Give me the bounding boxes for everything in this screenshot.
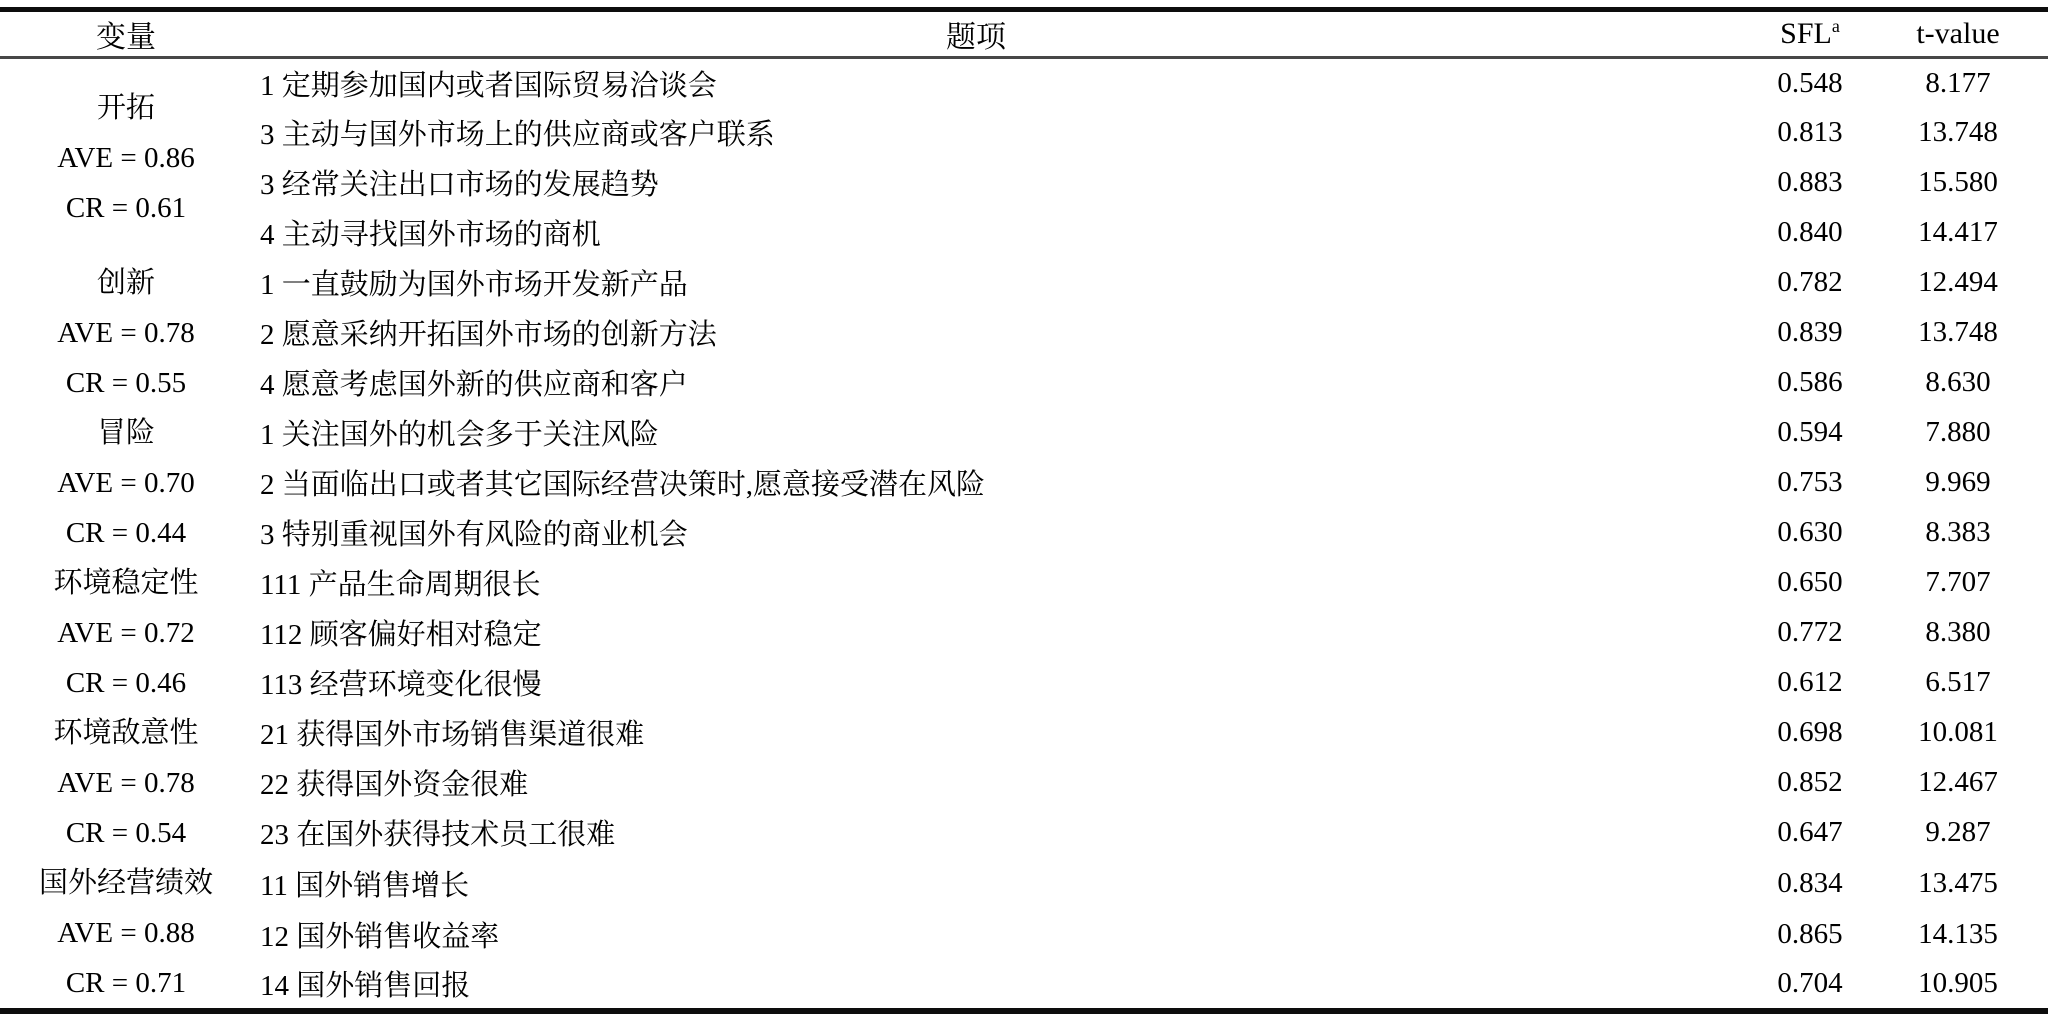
table-row: 开拓 AVE = 0.86 CR = 0.61 1 定期参加国内或者国际贸易洽谈…: [0, 58, 2048, 108]
table-row: 冒险 AVE = 0.70 CR = 0.44 1 关注国外的机会多于关注风险 …: [0, 408, 2048, 458]
sfl-value: 0.782: [1700, 258, 1890, 308]
item-text: 11 国外销售增长: [252, 858, 1700, 909]
variable-name: 冒险: [0, 408, 252, 458]
variable-ave: AVE = 0.86: [0, 133, 252, 183]
sfl-value: 0.840: [1700, 208, 1890, 258]
item-text: 12 国外销售收益率: [252, 909, 1700, 960]
table-row: 12 国外销售收益率 0.865 14.135: [0, 909, 2048, 960]
t-value: 8.383: [1890, 508, 2048, 558]
table-row: 113 经营环境变化很慢 0.612 6.517: [0, 658, 2048, 708]
variable-cell-kaituo: 开拓 AVE = 0.86 CR = 0.61: [0, 58, 252, 258]
variable-ave: AVE = 0.70: [0, 458, 252, 508]
table-row: 2 当面临出口或者其它国际经营决策时,愿意接受潜在风险 0.753 9.969: [0, 458, 2048, 508]
t-value: 13.475: [1890, 858, 2048, 909]
variable-name: 国外经营绩效: [0, 858, 252, 908]
item-text: 4 愿意考虑国外新的供应商和客户: [252, 358, 1700, 408]
sfl-value: 0.698: [1700, 708, 1890, 758]
header-item-label: 题项: [946, 21, 1006, 54]
sfl-value: 0.834: [1700, 858, 1890, 909]
variable-cell-huanjing-diyi: 环境敌意性 AVE = 0.78 CR = 0.54: [0, 708, 252, 858]
variable-name: 开拓: [0, 83, 252, 133]
header-variable-label: 变量: [96, 21, 156, 54]
sfl-value: 0.612: [1700, 658, 1890, 708]
table-row: 2 愿意采纳开拓国外市场的创新方法 0.839 13.748: [0, 308, 2048, 358]
header-sfl: SFLa: [1700, 10, 1890, 58]
sfl-value: 0.813: [1700, 108, 1890, 158]
item-text: 112 顾客偏好相对稳定: [252, 608, 1700, 658]
t-value: 13.748: [1890, 108, 2048, 158]
header-item: 题项: [252, 10, 1700, 58]
t-value: 10.905: [1890, 960, 2048, 1011]
variable-name: 环境敌意性: [0, 708, 252, 758]
variable-cr: CR = 0.55: [0, 358, 252, 408]
t-value: 9.287: [1890, 808, 2048, 858]
t-value: 8.177: [1890, 58, 2048, 108]
table-row: 创新 AVE = 0.78 CR = 0.55 1 一直鼓励为国外市场开发新产品…: [0, 258, 2048, 308]
item-text: 1 关注国外的机会多于关注风险: [252, 408, 1700, 458]
t-value: 14.417: [1890, 208, 2048, 258]
sfl-value: 0.548: [1700, 58, 1890, 108]
variable-cr: CR = 0.54: [0, 808, 252, 858]
sfl-value: 0.586: [1700, 358, 1890, 408]
t-value: 7.707: [1890, 558, 2048, 608]
table-row: 22 获得国外资金很难 0.852 12.467: [0, 758, 2048, 808]
item-text: 1 定期参加国内或者国际贸易洽谈会: [252, 58, 1700, 108]
sfl-value: 0.852: [1700, 758, 1890, 808]
item-text: 2 愿意采纳开拓国外市场的创新方法: [252, 308, 1700, 358]
item-text: 111 产品生命周期很长: [252, 558, 1700, 608]
t-value: 12.494: [1890, 258, 2048, 308]
variable-cr: CR = 0.71: [0, 958, 252, 1008]
t-value: 13.748: [1890, 308, 2048, 358]
table-row: 3 主动与国外市场上的供应商或客户联系 0.813 13.748: [0, 108, 2048, 158]
variable-ave: AVE = 0.78: [0, 758, 252, 808]
item-text: 14 国外销售回报: [252, 960, 1700, 1011]
item-text: 22 获得国外资金很难: [252, 758, 1700, 808]
item-text: 3 经常关注出口市场的发展趋势: [252, 158, 1700, 208]
t-value: 10.081: [1890, 708, 2048, 758]
t-value: 12.467: [1890, 758, 2048, 808]
sfl-value: 0.594: [1700, 408, 1890, 458]
item-text: 21 获得国外市场销售渠道很难: [252, 708, 1700, 758]
table-row: 3 经常关注出口市场的发展趋势 0.883 15.580: [0, 158, 2048, 208]
variable-cell-maoxian: 冒险 AVE = 0.70 CR = 0.44: [0, 408, 252, 558]
header-tvalue: t-value: [1890, 10, 2048, 58]
table-row: 3 特别重视国外有风险的商业机会 0.630 8.383: [0, 508, 2048, 558]
sfl-value: 0.839: [1700, 308, 1890, 358]
header-sfl-superscript: a: [1832, 16, 1840, 36]
paper-page: 变量 题项 SFLa t-value 开拓 AVE = 0.86 CR = 0.…: [0, 0, 2048, 1024]
t-value: 8.380: [1890, 608, 2048, 658]
t-value: 8.630: [1890, 358, 2048, 408]
variable-cr: CR = 0.61: [0, 183, 252, 233]
table-header-row: 变量 题项 SFLa t-value: [0, 10, 2048, 58]
item-text: 23 在国外获得技术员工很难: [252, 808, 1700, 858]
variable-name: 创新: [0, 258, 252, 308]
table-row: 环境敌意性 AVE = 0.78 CR = 0.54 21 获得国外市场销售渠道…: [0, 708, 2048, 758]
item-text: 2 当面临出口或者其它国际经营决策时,愿意接受潜在风险: [252, 458, 1700, 508]
item-text: 4 主动寻找国外市场的商机: [252, 208, 1700, 258]
table-row: 112 顾客偏好相对稳定 0.772 8.380: [0, 608, 2048, 658]
item-text: 1 一直鼓励为国外市场开发新产品: [252, 258, 1700, 308]
header-sfl-label: SFL: [1780, 17, 1832, 50]
item-text: 113 经营环境变化很慢: [252, 658, 1700, 708]
item-text: 3 特别重视国外有风险的商业机会: [252, 508, 1700, 558]
variable-cr: CR = 0.46: [0, 658, 252, 708]
header-variable: 变量: [0, 10, 252, 58]
variable-ave: AVE = 0.78: [0, 308, 252, 358]
t-value: 6.517: [1890, 658, 2048, 708]
variable-name: 环境稳定性: [0, 558, 252, 608]
t-value: 9.969: [1890, 458, 2048, 508]
header-tvalue-label: t-value: [1916, 17, 1999, 50]
table-row: 14 国外销售回报 0.704 10.905: [0, 960, 2048, 1011]
t-value: 14.135: [1890, 909, 2048, 960]
variable-cell-huanjing-wending: 环境稳定性 AVE = 0.72 CR = 0.46: [0, 558, 252, 708]
sfl-value: 0.630: [1700, 508, 1890, 558]
variable-cr: CR = 0.44: [0, 508, 252, 558]
variable-ave: AVE = 0.88: [0, 908, 252, 958]
t-value: 7.880: [1890, 408, 2048, 458]
variable-cell-chuangxin: 创新 AVE = 0.78 CR = 0.55: [0, 258, 252, 408]
sfl-value: 0.772: [1700, 608, 1890, 658]
sfl-value: 0.883: [1700, 158, 1890, 208]
table-row: 4 主动寻找国外市场的商机 0.840 14.417: [0, 208, 2048, 258]
table-row: 23 在国外获得技术员工很难 0.647 9.287: [0, 808, 2048, 858]
t-value: 15.580: [1890, 158, 2048, 208]
sfl-value: 0.753: [1700, 458, 1890, 508]
measurement-model-table: 变量 题项 SFLa t-value 开拓 AVE = 0.86 CR = 0.…: [0, 7, 2048, 1014]
variable-ave: AVE = 0.72: [0, 608, 252, 658]
sfl-value: 0.865: [1700, 909, 1890, 960]
table-row: 环境稳定性 AVE = 0.72 CR = 0.46 111 产品生命周期很长 …: [0, 558, 2048, 608]
sfl-value: 0.647: [1700, 808, 1890, 858]
table-row: 国外经营绩效 AVE = 0.88 CR = 0.71 11 国外销售增长 0.…: [0, 858, 2048, 909]
table-row: 4 愿意考虑国外新的供应商和客户 0.586 8.630: [0, 358, 2048, 408]
variable-cell-guowai-jixiao: 国外经营绩效 AVE = 0.88 CR = 0.71: [0, 858, 252, 1011]
sfl-value: 0.704: [1700, 960, 1890, 1011]
item-text: 3 主动与国外市场上的供应商或客户联系: [252, 108, 1700, 158]
sfl-value: 0.650: [1700, 558, 1890, 608]
